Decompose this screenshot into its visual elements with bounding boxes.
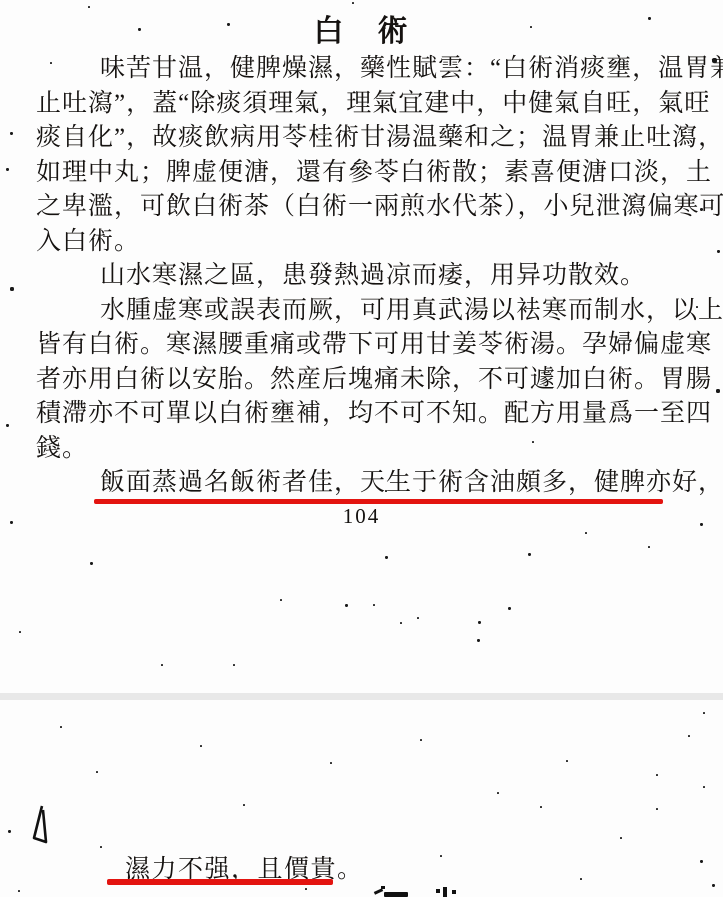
scan-speck [50, 62, 52, 64]
text-line: 止吐瀉”，蓋“除痰須理氣，理氣宜建中，中健氣自旺，氣旺 [36, 87, 664, 122]
scan-speck [717, 250, 720, 253]
scan-speck [138, 28, 141, 31]
scan-speck [700, 860, 703, 863]
text-line-underlined: 飯面蒸過名飯術者佳，天生于術含油頗多，健脾亦好，燥 [36, 466, 664, 501]
text-line: 入白術。 [36, 225, 664, 260]
text-line: 痰自化”，故痰飲病用苓桂術甘湯温藥和之；温胃兼止吐瀉， [36, 121, 664, 156]
scan-speck [10, 132, 13, 135]
text-line: 之卑濫，可飲白術茶（白術一兩煎水代茶），小兒泄瀉偏寒可 [36, 190, 664, 225]
scan-speck [508, 607, 511, 610]
scan-speck [696, 306, 698, 308]
scan-speck [385, 490, 387, 492]
scan-speck [330, 762, 332, 764]
section-title: 白 術 [0, 6, 723, 50]
scan-speck [528, 553, 531, 556]
scan-speck [703, 712, 705, 714]
page-break-divider [0, 693, 723, 700]
scan-speck [716, 389, 720, 393]
scan-speck [161, 664, 163, 666]
scan-speck [233, 664, 235, 666]
text-line: 山水寒濕之區，患發熱過凉而痿，用异功散效。 [36, 259, 664, 294]
scan-speck [227, 23, 230, 26]
scan-speck [60, 726, 62, 728]
scan-speck [703, 786, 705, 788]
handwritten-mark [30, 804, 52, 846]
scan-speck [373, 604, 375, 606]
scan-speck [243, 804, 245, 806]
scan-speck [100, 846, 102, 848]
scanned-book-page: 白 術 味苦甘温，健脾燥濕，藥性賦雲：“白術消痰壅，温胃兼 止吐瀉”，蓋“除痰須… [0, 0, 723, 897]
page-number: 104 [0, 504, 723, 529]
cut-off-character-fragment [452, 890, 456, 894]
scan-speck [96, 771, 98, 773]
text-line: 積滯亦不可單以白術壅補，均不可不知。配方用量爲一至四 [36, 397, 664, 432]
scan-speck [648, 17, 651, 20]
scan-speck [345, 604, 348, 607]
cut-off-character-fragment [436, 889, 440, 893]
scan-speck [620, 837, 622, 839]
text-line: 味苦甘温，健脾燥濕，藥性賦雲：“白術消痰壅，温胃兼 [36, 52, 664, 87]
scan-speck [6, 424, 9, 427]
scan-speck [585, 532, 587, 534]
cut-off-character-fragment [374, 888, 383, 895]
text-line: 皆有白術。寒濕腰重痛或帶下可用甘姜苓術湯。孕婦偏虚寒 [36, 328, 664, 363]
scan-speck [18, 890, 20, 892]
scan-speck [417, 617, 419, 619]
scan-speck [477, 639, 480, 642]
scan-speck [700, 208, 703, 211]
scan-speck [8, 830, 11, 833]
scan-speck [648, 546, 650, 548]
scan-speck [712, 58, 717, 63]
scan-speck [440, 855, 442, 857]
scan-speck [566, 760, 568, 762]
scan-speck [352, 2, 354, 4]
scan-speck [540, 806, 542, 808]
scan-speck [280, 599, 282, 601]
scan-speck [6, 168, 9, 171]
scan-speck [19, 631, 21, 633]
text-line: 水腫虚寒或誤表而厥，可用真武湯以袪寒而制水，以上 [36, 294, 664, 329]
scan-speck [10, 287, 14, 291]
body-text: 味苦甘温，健脾燥濕，藥性賦雲：“白術消痰壅，温胃兼 止吐瀉”，蓋“除痰須理氣，理… [36, 52, 664, 501]
scan-speck [712, 884, 715, 887]
scan-speck [90, 562, 93, 565]
cut-off-character-fragment [384, 892, 408, 897]
scan-speck [580, 878, 582, 880]
scan-speck [705, 95, 708, 98]
cut-off-character-fragment [381, 886, 385, 889]
scan-speck [420, 739, 422, 741]
scan-speck [10, 521, 13, 524]
scan-speck [88, 6, 90, 8]
scan-speck [532, 441, 534, 443]
scan-speck [400, 622, 402, 624]
scan-speck [688, 735, 690, 737]
red-underline [107, 879, 333, 885]
scan-speck [530, 26, 532, 28]
scan-speck [200, 745, 202, 747]
scan-speck [656, 774, 658, 776]
scan-speck [305, 888, 307, 890]
scan-speck [385, 556, 388, 559]
text-line: 如理中丸；脾虚便溏，還有參苓白術散；素喜便溏口淡，土 [36, 156, 664, 191]
scan-speck [700, 523, 703, 526]
scan-speck [478, 621, 481, 624]
scan-speck [656, 808, 658, 810]
cut-off-character-fragment [443, 887, 447, 897]
text-line: 者亦用白術以安胎。然産后塊痛未除，不可遽加白術。胃腸 [36, 363, 664, 398]
scan-speck [497, 792, 499, 794]
text-line: 錢。 [36, 432, 664, 467]
